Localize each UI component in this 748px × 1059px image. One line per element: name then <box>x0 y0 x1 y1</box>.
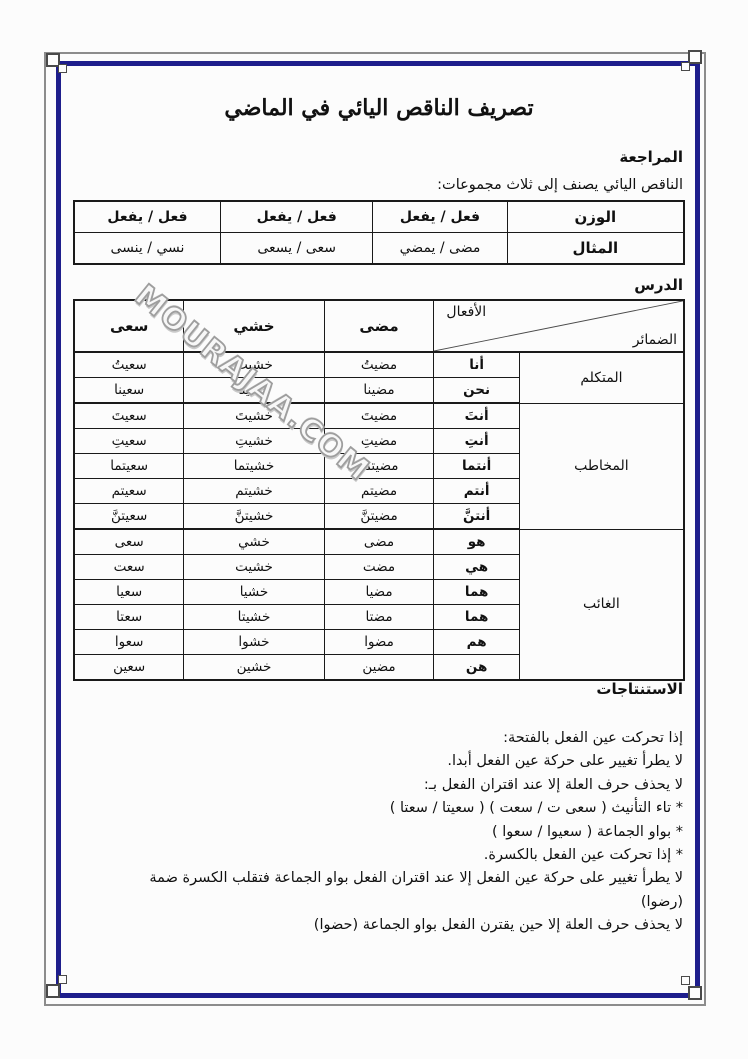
table-cell: سعين <box>74 655 184 681</box>
table-row: المتكلم أنا مضيتُ خشيتُ سعيتُ <box>74 352 684 378</box>
table-cell: مضيتما <box>324 454 434 479</box>
conclusion-line: لا يحذف حرف العلة إلا عند اقتران الفعل ب… <box>73 774 683 797</box>
table-cell: سعت <box>74 555 184 580</box>
pronoun-cell: هو <box>434 529 519 555</box>
table-cell: سعوا <box>74 630 184 655</box>
page: تصريف الناقص اليائي في الماضي المراجعة ا… <box>0 0 748 1059</box>
corner-ornament <box>681 62 690 71</box>
conclusion-line: لا يطرأ تغيير على حركة عين الفعل أبدا. <box>73 750 683 773</box>
table-cell: خشيتِ <box>184 429 324 454</box>
verb-column-header: خشي <box>184 300 324 352</box>
table-cell: مضيتَ <box>324 403 434 429</box>
conclusion-line: * بواو الجماعة ( سعيوا / سعوا ) <box>73 821 683 844</box>
pronoun-cell: هي <box>434 555 519 580</box>
conclusion-line: إذا تحركت عين الفعل بالفتحة: <box>73 727 683 750</box>
table-cell: مضتا <box>324 605 434 630</box>
pronouns-axis-label: الضمائر <box>633 332 677 348</box>
corner-ornament <box>688 50 702 64</box>
table-cell: خشيا <box>184 580 324 605</box>
pronoun-cell: هم <box>434 630 519 655</box>
lesson-section-heading: الدرس <box>634 276 683 294</box>
document-title: تصريف الناقص اليائي في الماضي <box>73 95 685 121</box>
document-content: تصريف الناقص اليائي في الماضي المراجعة ا… <box>73 61 685 993</box>
table-cell: مضين <box>324 655 434 681</box>
table-row: الغائب هو مضى خشي سعى <box>74 529 684 555</box>
conclusion-line: * تاء التأنيث ( سعى ت / سعت ) ( سعيتا / … <box>73 797 683 820</box>
conclusion-line: لا يطرأ تغيير على حركة عين الفعل إلا عند… <box>73 867 683 890</box>
pronoun-cell: أنتنَّ <box>434 504 519 530</box>
table-cell: خشوا <box>184 630 324 655</box>
diagonal-header-cell: الأفعال الضمائر <box>434 300 684 352</box>
table-cell: مضوا <box>324 630 434 655</box>
pronoun-group-addressee: المخاطب <box>519 403 684 529</box>
corner-ornament <box>58 975 67 984</box>
pronoun-cell: هن <box>434 655 519 681</box>
table-cell: فعل / يفعل <box>373 201 507 233</box>
table-cell: خشينا <box>184 378 324 404</box>
table-cell: سعيتما <box>74 454 184 479</box>
table-cell: خشيتنَّ <box>184 504 324 530</box>
pronoun-group-speaker: المتكلم <box>519 352 684 403</box>
table-cell: سعيتم <box>74 479 184 504</box>
corner-ornament <box>46 984 60 998</box>
verbs-axis-label: الأفعال <box>446 304 486 320</box>
row-header-example: المثال <box>507 233 684 265</box>
pronoun-cell: هما <box>434 580 519 605</box>
table-cell: نسي / ينسى <box>74 233 220 265</box>
table-cell: سعى / يسعى <box>220 233 373 265</box>
table-cell: سعيتَ <box>74 403 184 429</box>
verb-column-header: سعى <box>74 300 184 352</box>
table-cell: سعيتُ <box>74 352 184 378</box>
table-cell: سعى <box>74 529 184 555</box>
table-header-row: الأفعال الضمائر مضى خشي سعى <box>74 300 684 352</box>
conclusion-line: لا يحذف حرف العلة إلا حين يقترن الفعل بو… <box>73 914 683 937</box>
pronoun-cell: أنتَ <box>434 403 519 429</box>
conjugation-table: الأفعال الضمائر مضى خشي سعى المتكلم أنا … <box>73 299 685 681</box>
table-cell: مضيتنَّ <box>324 504 434 530</box>
table-cell: مضيتِ <box>324 429 434 454</box>
table-row: الوزن فعل / يفعل فعل / يفعل فعل / يفعل <box>74 201 684 233</box>
table-cell: سعيتِ <box>74 429 184 454</box>
table-cell: مضينا <box>324 378 434 404</box>
patterns-table: الوزن فعل / يفعل فعل / يفعل فعل / يفعل ا… <box>73 200 685 265</box>
table-cell: خشيتا <box>184 605 324 630</box>
table-cell: خشيتما <box>184 454 324 479</box>
table-cell: خشيتَ <box>184 403 324 429</box>
review-intro-text: الناقص اليائي يصنف إلى ثلاث مجموعات: <box>437 177 683 193</box>
review-section-heading: المراجعة <box>619 148 683 166</box>
conclusion-line: (رضوا) <box>73 891 683 914</box>
table-cell: خشيتم <box>184 479 324 504</box>
table-cell: فعل / يفعل <box>220 201 373 233</box>
pronoun-cell: أنا <box>434 352 519 378</box>
pronoun-cell: أنتم <box>434 479 519 504</box>
conclusion-line: * إذا تحركت عين الفعل بالكسرة. <box>73 844 683 867</box>
table-cell: خشيتُ <box>184 352 324 378</box>
pronoun-cell: أنتما <box>434 454 519 479</box>
table-cell: مضى <box>324 529 434 555</box>
corner-ornament <box>58 64 67 73</box>
pronoun-cell: نحن <box>434 378 519 404</box>
table-cell: مضت <box>324 555 434 580</box>
table-cell: سعينا <box>74 378 184 404</box>
table-cell: مضيتُ <box>324 352 434 378</box>
table-row: المثال مضى / يمضي سعى / يسعى نسي / ينسى <box>74 233 684 265</box>
verb-column-header: مضى <box>324 300 434 352</box>
table-cell: مضيتم <box>324 479 434 504</box>
table-row: المخاطب أنتَ مضيتَ خشيتَ سعيتَ <box>74 403 684 429</box>
conclusions-section-heading: الاستنتاجات <box>596 680 683 698</box>
table-cell: سعيتنَّ <box>74 504 184 530</box>
table-cell: سعتا <box>74 605 184 630</box>
table-cell: خشين <box>184 655 324 681</box>
table-cell: خشيت <box>184 555 324 580</box>
table-cell: فعل / يفعل <box>74 201 220 233</box>
table-cell: مضيا <box>324 580 434 605</box>
pronoun-cell: أنتِ <box>434 429 519 454</box>
table-cell: مضى / يمضي <box>373 233 507 265</box>
pronoun-group-absent: الغائب <box>519 529 684 680</box>
conclusions-text: إذا تحركت عين الفعل بالفتحة: لا يطرأ تغي… <box>73 727 683 938</box>
table-cell: خشي <box>184 529 324 555</box>
corner-ornament <box>688 986 702 1000</box>
corner-ornament <box>681 976 690 985</box>
table-cell: سعيا <box>74 580 184 605</box>
pronoun-cell: هما <box>434 605 519 630</box>
row-header-pattern: الوزن <box>507 201 684 233</box>
